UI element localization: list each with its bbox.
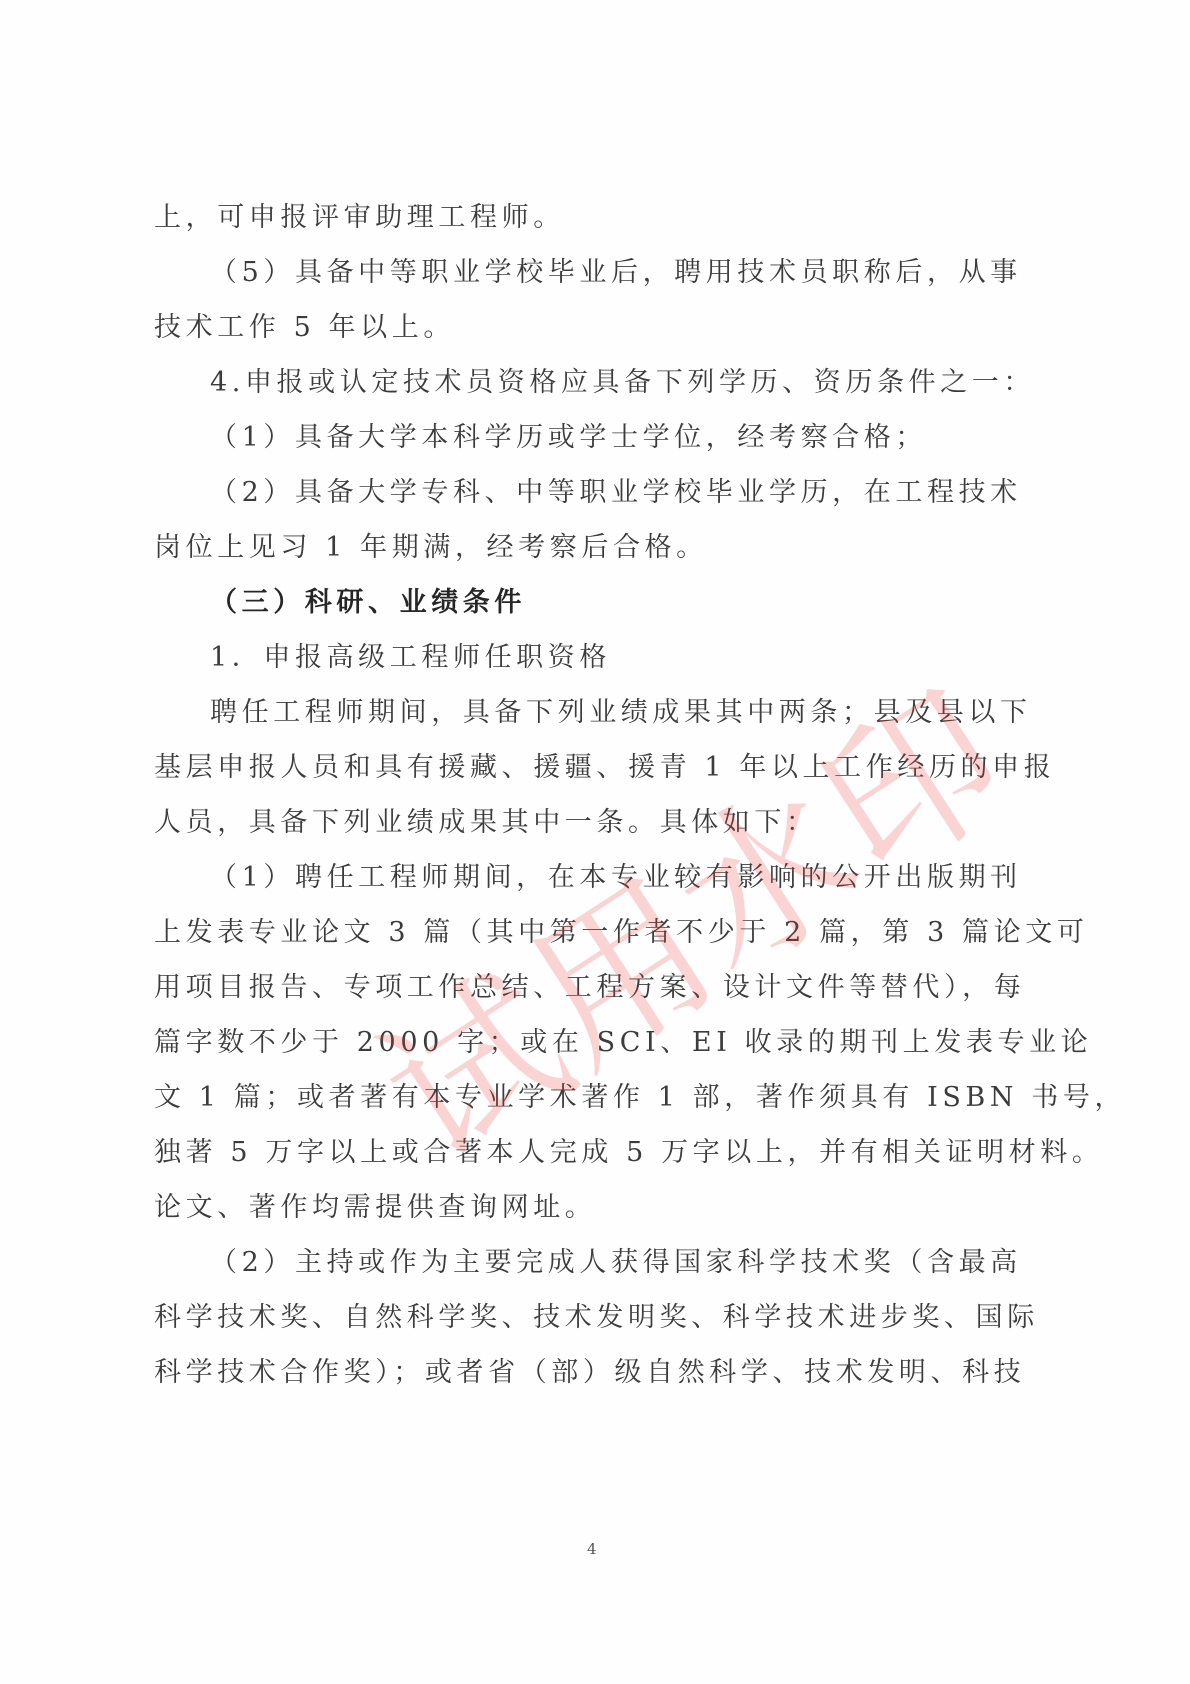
- text-line: 技术工作 5 年以上。: [154, 308, 455, 348]
- text-line: 上，可申报评审助理工程师。: [154, 198, 565, 238]
- text-line: 人员，具备下列业绩成果其中一条。具体如下：: [154, 803, 818, 843]
- text-line: （2）具备大学专科、中等职业学校毕业学历，在工程技术: [210, 473, 1022, 513]
- text-line: （1）具备大学本科学历或学士学位，经考察合格；: [210, 418, 927, 458]
- text-line: 岗位上见习 1 年期满，经考察后合格。: [154, 528, 708, 568]
- text-line: 科学技术合作奖）；或者省（部）级自然科学、技术发明、科技: [154, 1353, 1025, 1393]
- document-page: 上，可申报评审助理工程师。（5）具备中等职业学校毕业后，聘用技术员职称后，从事技…: [0, 0, 1190, 1684]
- text-line: 4.申报或认定技术员资格应具备下列学历、资历条件之一：: [210, 363, 1035, 403]
- text-line: 上发表专业论文 3 篇（其中第一作者不少于 2 篇，第 3 篇论文可: [154, 913, 1088, 953]
- text-line: 用项目报告、专项工作总结、工程方案、设计文件等替代），每: [154, 968, 1025, 1008]
- text-line: 科学技术奖、自然科学奖、技术发明奖、科学技术进步奖、国际: [154, 1298, 1039, 1338]
- text-line: 论文、著作均需提供查询网址。: [154, 1188, 596, 1228]
- text-line: （2）主持或作为主要完成人获得国家科学技术奖（含最高: [210, 1243, 1022, 1283]
- section-heading: （三）科研、业绩条件: [210, 583, 526, 623]
- text-line: 聘任工程师期间，具备下列业绩成果其中两条；县及县以下: [210, 693, 1032, 733]
- text-line: 基层申报人员和具有援藏、援疆、援青 1 年以上工作经历的申报: [154, 748, 1055, 788]
- text-line: 1．申报高级工程师任职资格: [210, 638, 611, 678]
- text-line: 文 1 篇；或者著有本专业学术著作 1 部，著作须具有 ISBN 书号，: [154, 1078, 1126, 1118]
- text-line: 独著 5 万字以上或合著本人完成 5 万字以上，并有相关证明材料。: [154, 1133, 1104, 1173]
- text-line: 篇字数不少于 2000 字；或在 SCI、EI 收录的期刊上发表专业论: [154, 1023, 1092, 1063]
- text-line: （1）聘任工程师期间，在本专业较有影响的公开出版期刊: [210, 858, 1022, 898]
- page-number: 4: [587, 1540, 597, 1558]
- text-line: （5）具备中等职业学校毕业后，聘用技术员职称后，从事: [210, 253, 1022, 293]
